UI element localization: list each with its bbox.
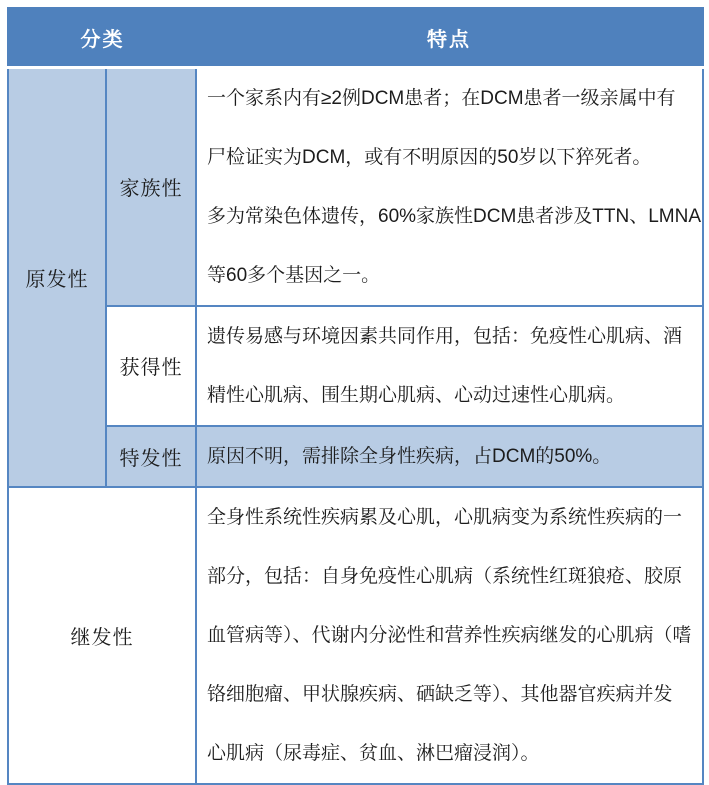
cell-features-familial: 一个家系内有≥2例DCM患者；在DCM患者一级亲属中有尸检证实为DCM，或有不明…: [196, 67, 703, 306]
text-line: 遗传易感与环境因素共同作用，包括：免疫性心肌病、酒: [207, 307, 696, 366]
cell-category-primary: 原发性: [8, 67, 106, 487]
text-line: 全身性系统性疾病累及心肌，心肌病变为系统性疾病的一: [207, 488, 696, 547]
cell-category-secondary: 继发性: [8, 487, 196, 784]
cell-subtype-familial: 家族性: [106, 67, 196, 306]
row-acquired: 获得性 遗传易感与环境因素共同作用，包括：免疫性心肌病、酒精性心肌病、围生期心肌…: [8, 306, 703, 426]
row-idiopathic: 特发性 原因不明，需排除全身性疾病，占DCM的50%。: [8, 426, 703, 487]
header-cell-classification: 分类: [8, 8, 196, 67]
text-line: 尸检证实为DCM，或有不明原因的50岁以下猝死者。: [207, 128, 696, 187]
text-line: 多为常染色体遗传，60%家族性DCM患者涉及TTN、LMNA: [207, 187, 696, 246]
text-line: 一个家系内有≥2例DCM患者；在DCM患者一级亲属中有: [207, 69, 696, 128]
text-line: 铬细胞瘤、甲状腺疾病、硒缺乏等）、其他器官疾病并发: [207, 665, 696, 724]
text-line: 部分，包括：自身免疫性心肌病（系统性红斑狼疮、胶原: [207, 547, 696, 606]
cell-subtype-acquired: 获得性: [106, 306, 196, 426]
text-line: 原因不明，需排除全身性疾病，占DCM的50%。: [207, 427, 696, 486]
row-secondary: 继发性 全身性系统性疾病累及心肌，心肌病变为系统性疾病的一部分，包括：自身免疫性…: [8, 487, 703, 784]
cell-features-idiopathic: 原因不明，需排除全身性疾病，占DCM的50%。: [196, 426, 703, 487]
cell-features-acquired: 遗传易感与环境因素共同作用，包括：免疫性心肌病、酒精性心肌病、围生期心肌病、心动…: [196, 306, 703, 426]
dcm-classification-table: 分类 特点 原发性 家族性 一个家系内有≥2例DCM患者；在DCM患者一级亲属中…: [7, 7, 704, 785]
cell-features-secondary: 全身性系统性疾病累及心肌，心肌病变为系统性疾病的一部分，包括：自身免疫性心肌病（…: [196, 487, 703, 784]
header-cell-features: 特点: [196, 8, 703, 67]
cell-subtype-idiopathic: 特发性: [106, 426, 196, 487]
text-line: 血管病等）、代谢内分泌性和营养性疾病继发的心肌病（嗜: [207, 606, 696, 665]
header-row: 分类 特点: [8, 8, 703, 67]
text-line: 等60多个基因之一。: [207, 246, 696, 305]
text-line: 心肌病（尿毒症、贫血、淋巴瘤浸润）。: [207, 724, 696, 783]
text-line: 精性心肌病、围生期心肌病、心动过速性心肌病。: [207, 366, 696, 425]
row-familial: 原发性 家族性 一个家系内有≥2例DCM患者；在DCM患者一级亲属中有尸检证实为…: [8, 67, 703, 306]
